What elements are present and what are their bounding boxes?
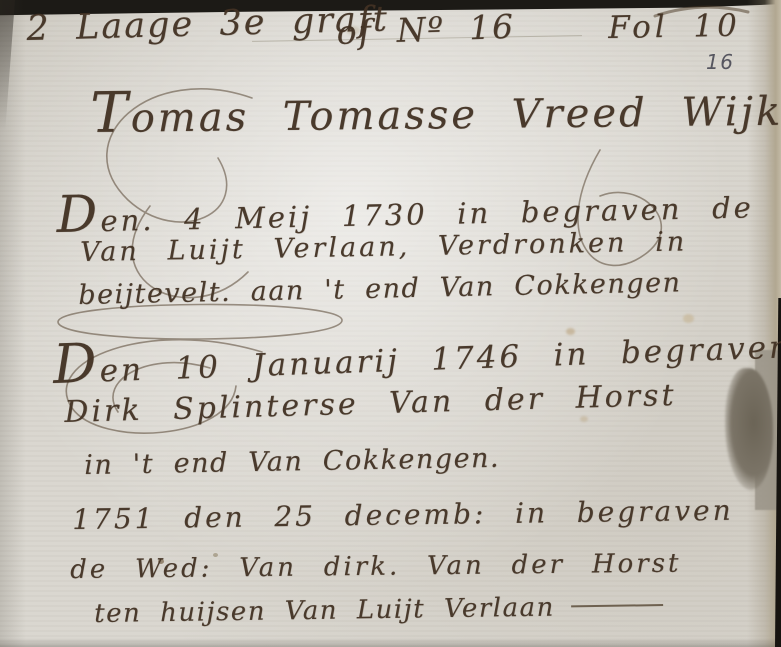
entry-line: de Wed: Van dirk. Van der Horst — [70, 551, 682, 583]
manuscript-page-scan: 2 Laage 3e graft of Nº 16 Fol 10 16 Toma… — [0, 0, 781, 647]
ink-stain-blob — [725, 368, 773, 490]
paper-stain — [580, 416, 588, 422]
grave-number: of Nº 16 — [336, 10, 516, 49]
entry-line: beijtevelt. aan 't end Van Cokkengen — [78, 269, 682, 309]
folio-number: Fol 10 — [608, 11, 741, 44]
scan-border-bottom — [0, 638, 781, 647]
entry-line-text: ten huijsen Van Luijt Verlaan — [94, 593, 555, 629]
trailing-stroke — [571, 604, 663, 607]
grave-owner-title: Tomas Tomasse Vreed Wijk — [90, 79, 781, 142]
pencil-folio-number: 16 — [706, 52, 734, 72]
grave-reference: 2 Laage 3e graft — [26, 3, 389, 47]
entry-line: ten huijsen Van Luijt Verlaan — [94, 593, 663, 627]
entry-line: in 't end Van Cokkengen. — [84, 445, 500, 479]
entry-line: 1751 den 25 decemb: in begraven — [72, 497, 734, 534]
